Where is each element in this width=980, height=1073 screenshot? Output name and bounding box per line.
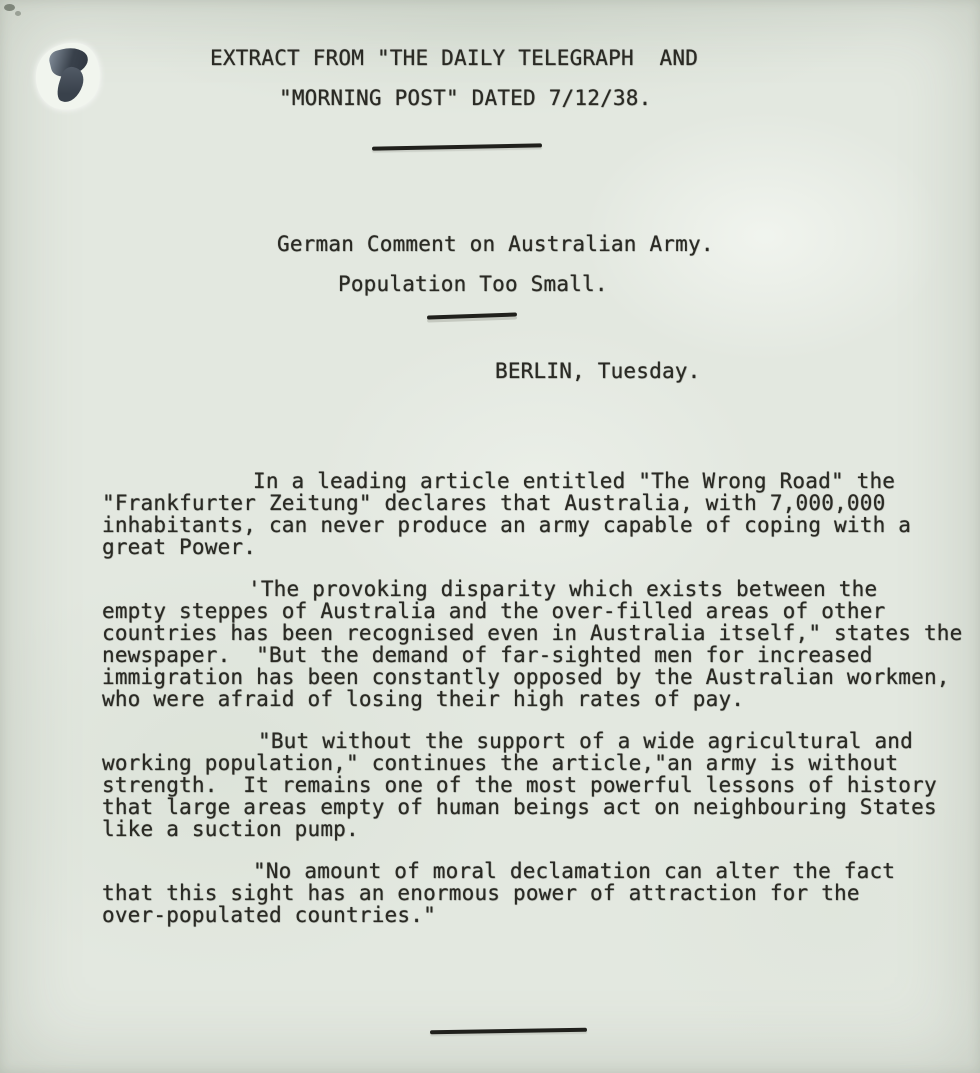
torn-staple-hole-icon	[28, 36, 114, 120]
article-title-line-2: Population Too Small.	[338, 273, 608, 295]
footer-rule	[430, 1028, 587, 1034]
paper-speck	[15, 11, 21, 16]
article-title-line-1: German Comment on Australian Army.	[277, 233, 714, 255]
paragraph-1: In a leading article entitled "The Wrong…	[102, 470, 911, 558]
dateline: BERLIN, Tuesday.	[495, 360, 701, 382]
header-line-2: "MORNING POST" DATED 7/12/38.	[279, 87, 651, 109]
paper-speck	[4, 4, 15, 11]
header-line-1: EXTRACT FROM "THE DAILY TELEGRAPH AND	[210, 47, 698, 69]
header-rule	[372, 143, 542, 150]
paragraph-4: "No amount of moral declamation can alte…	[102, 860, 895, 926]
paragraph-3: "But without the support of a wide agric…	[102, 730, 937, 840]
title-rule	[427, 312, 517, 319]
document-page: EXTRACT FROM "THE DAILY TELEGRAPH AND "M…	[0, 0, 980, 1073]
paragraph-2: 'The provoking disparity which exists be…	[102, 578, 963, 710]
